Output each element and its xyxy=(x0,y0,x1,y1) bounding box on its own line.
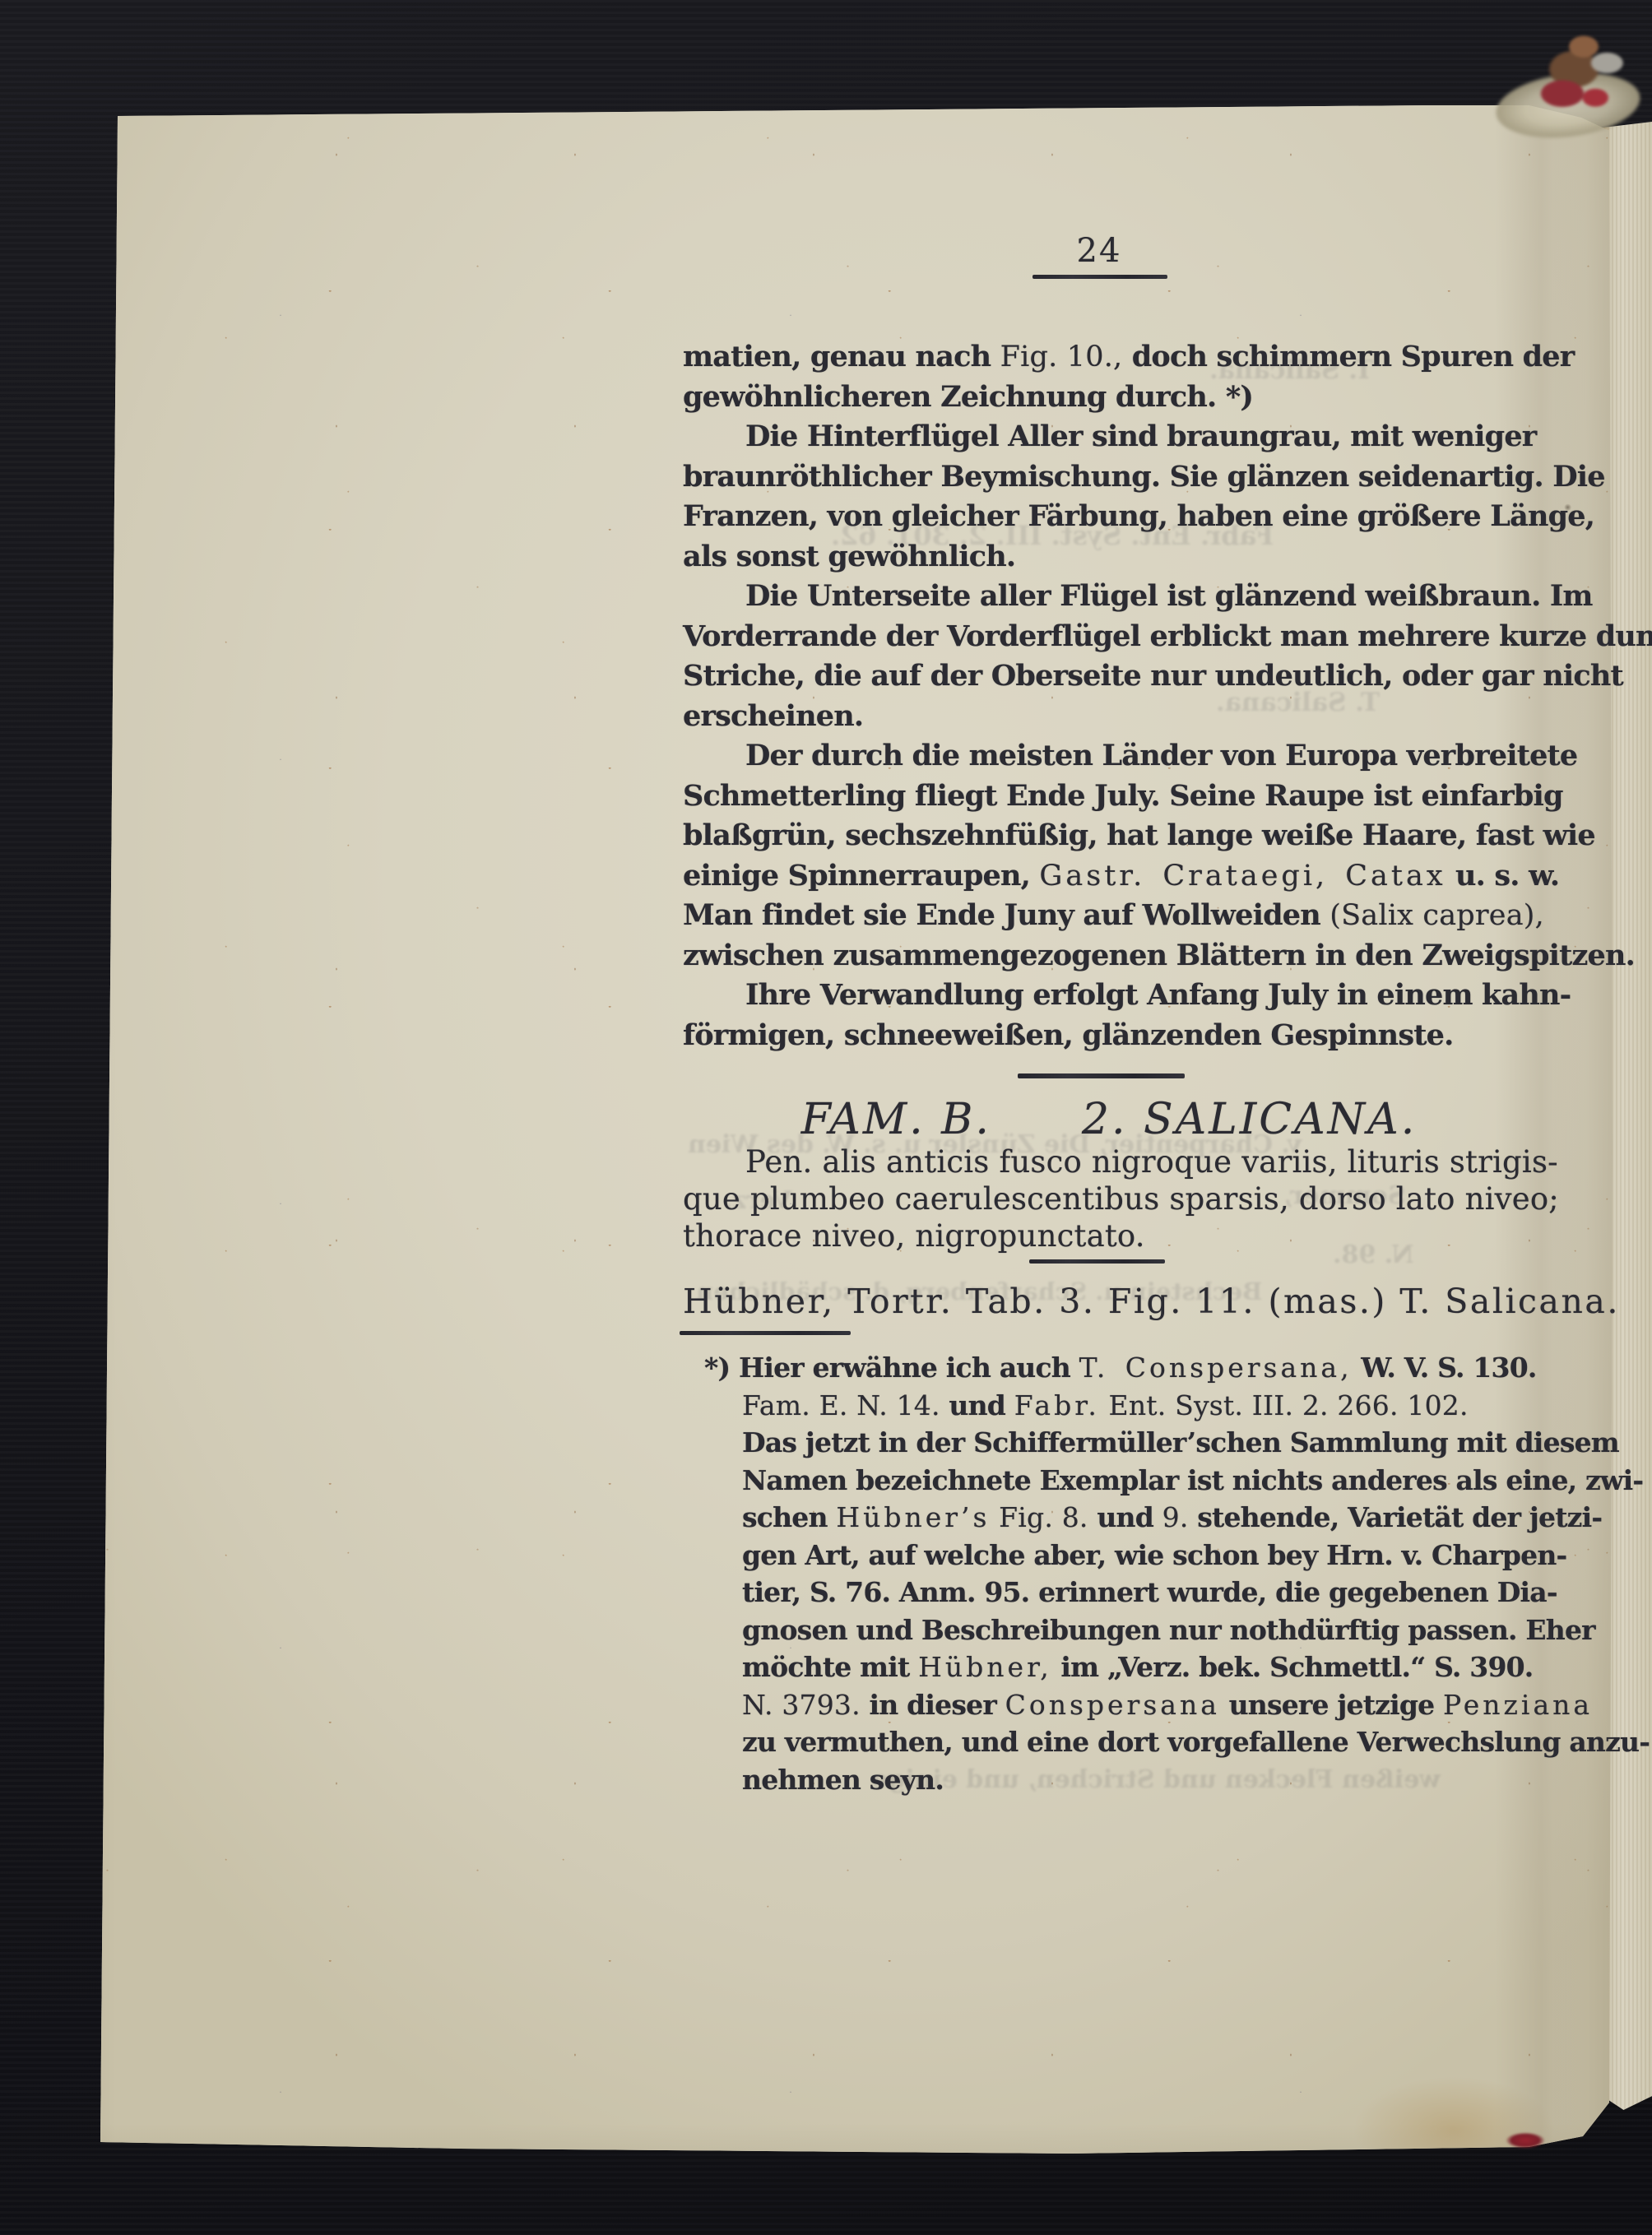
text-line: Das jetzt in der Schiffermüller’schen Sa… xyxy=(742,1424,1530,1462)
text-line: als sonst gewöhnlich. xyxy=(683,537,1535,577)
text-line: Schmetterling fliegt Ende July. Seine Ra… xyxy=(683,777,1535,817)
text-line: förmigen, schneeweißen, glänzenden Gespi… xyxy=(683,1016,1535,1056)
species-divider xyxy=(1029,1259,1165,1264)
book-scan: T. Salicana.Fabr. Ent. Syst. III. 2. 301… xyxy=(0,0,1652,2235)
section-divider xyxy=(1018,1073,1185,1078)
text-line: zwischen zusammengezogenen Blättern in d… xyxy=(683,936,1535,976)
text-line: Vorderrande der Vorderflügel erblickt ma… xyxy=(683,617,1535,657)
text-line: Der durch die meisten Länder von Europa … xyxy=(683,736,1535,777)
text-line: einige Spinnerraupen, Gastr. Crataegi, C… xyxy=(683,856,1535,897)
text-line: Fam. E. N. 14. und Fabr. Ent. Syst. III.… xyxy=(742,1387,1530,1425)
text-line: zu vermuthen, und eine dort vorgefallene… xyxy=(742,1723,1530,1761)
footnote-separator xyxy=(680,1331,851,1335)
text-line: Namen bezeichnete Exemplar ist nichts an… xyxy=(742,1462,1530,1500)
text-line: braunröthlicher Beymischung. Sie glänzen… xyxy=(683,457,1535,498)
text-line: schen Hübner’s Fig. 8. und 9. stehende, … xyxy=(742,1499,1530,1537)
family-heading: FAM. B. 2. SALICANA. xyxy=(683,1096,1535,1143)
text-line: Striche, die auf der Oberseite nur undeu… xyxy=(683,656,1535,697)
text-line: gewöhnlicheren Zeichnung durch. *) xyxy=(683,378,1535,418)
text-line: matien, genau nach Fig. 10., doch schimm… xyxy=(683,337,1535,378)
text-line: blaßgrün, sechszehnfüßig, hat lange weiß… xyxy=(683,816,1535,856)
text-line: möchte mit Hübner, im „Verz. bek. Schmet… xyxy=(742,1648,1530,1686)
text-line: Man findet sie Ende Juny auf Wollweiden … xyxy=(683,896,1535,936)
text-line: Franzen, von gleicher Färbung, haben ein… xyxy=(683,497,1535,537)
page-number-underline xyxy=(1032,275,1167,279)
text-line: thorace niveo, nigropunctato. xyxy=(683,1217,1535,1254)
text-line: erscheinen. xyxy=(683,697,1535,737)
footnote-text: *) Hier erwähne ich auch T. Conspersana,… xyxy=(742,1349,1530,1798)
latin-description: Pen. alis anticis fusco nigroque variis,… xyxy=(683,1143,1535,1254)
tailband xyxy=(1506,2132,1545,2149)
text-line: Die Unterseite aller Flügel ist glänzend… xyxy=(683,577,1535,617)
text-line: Pen. alis anticis fusco nigroque variis,… xyxy=(683,1143,1535,1180)
text-line: tier, S. 76. Anm. 95. erinnert wurde, di… xyxy=(742,1574,1530,1611)
page-number: 24 xyxy=(683,232,1515,270)
text-line: nehmen seyn. xyxy=(742,1761,1530,1799)
reference-line: Hübner, Tortr. Tab. 3. Fig. 11. (mas.) T… xyxy=(683,1282,1535,1321)
text-line: *) Hier erwähne ich auch T. Conspersana,… xyxy=(742,1349,1530,1387)
text-line: N. 3793. in dieser Conspersana unsere je… xyxy=(742,1686,1530,1724)
text-line: gen Art, auf welche aber, wie schon bey … xyxy=(742,1537,1530,1574)
text-line: gnosen und Beschreibungen nur nothdürfti… xyxy=(742,1611,1530,1649)
text-line: Die Hinterflügel Aller sind braungrau, m… xyxy=(683,417,1535,457)
text-line: que plumbeo caerulescentibus sparsis, do… xyxy=(683,1180,1535,1217)
text-line: Ihre Verwandlung erfolgt Anfang July in … xyxy=(683,976,1535,1016)
body-text: matien, genau nach Fig. 10., doch schimm… xyxy=(683,337,1535,1055)
headband xyxy=(1535,18,1632,120)
